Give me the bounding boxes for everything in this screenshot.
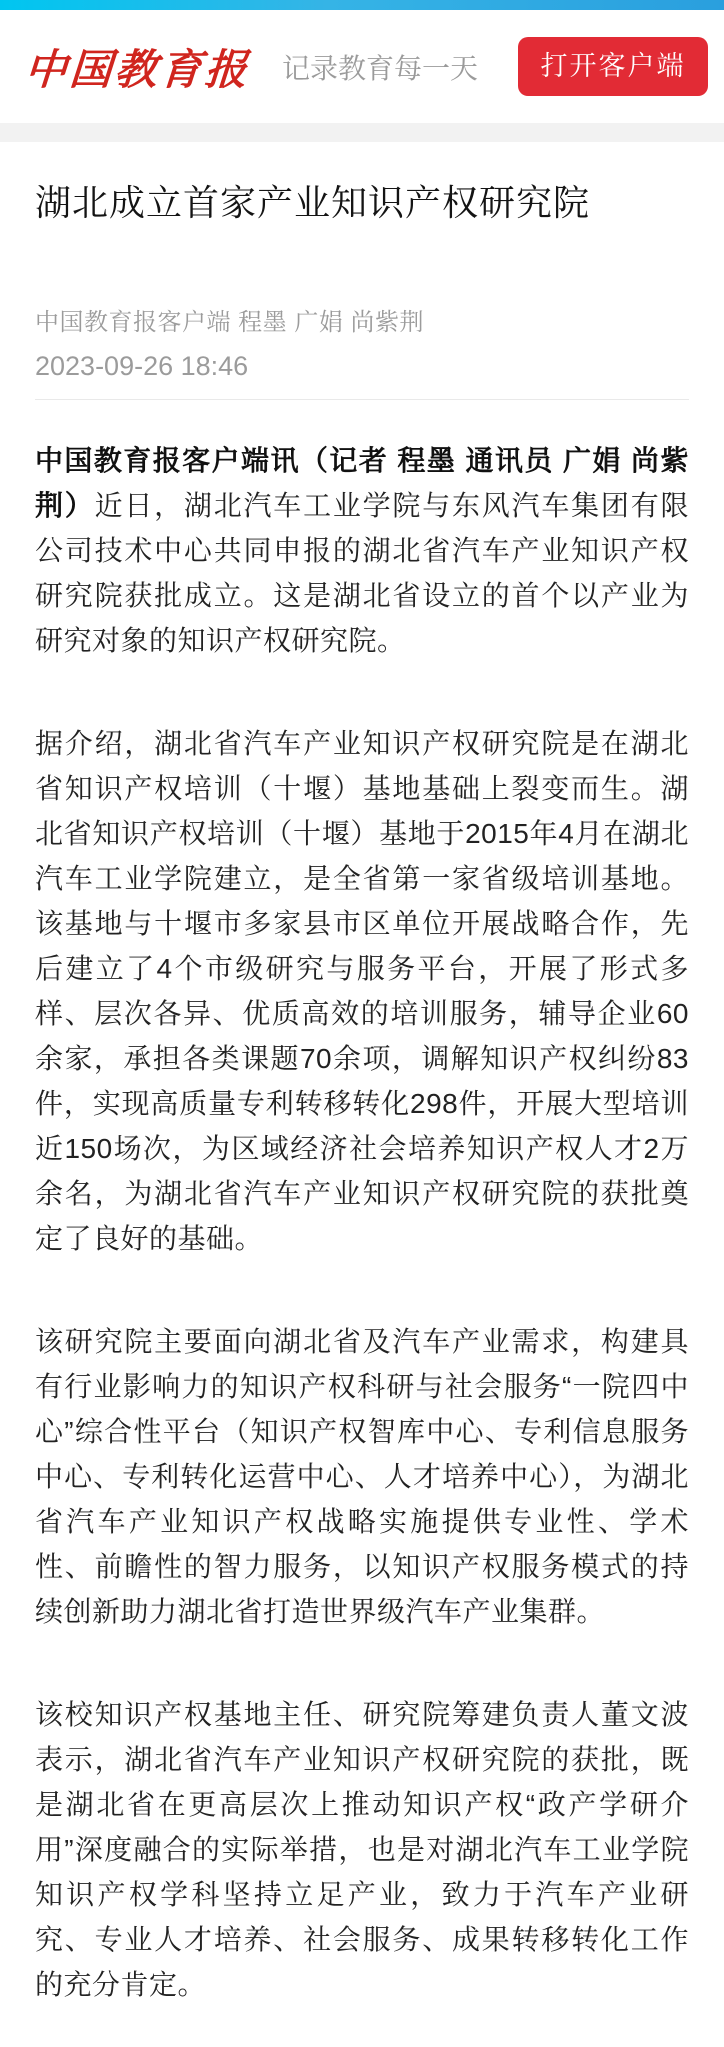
article: 湖北成立首家产业知识产权研究院 中国教育报客户端 程墨 广娟 尚紫荆 2023-… xyxy=(0,178,724,2047)
top-gradient-bar xyxy=(0,0,724,10)
header-tagline: 记录教育每一天 xyxy=(282,47,478,87)
article-title: 湖北成立首家产业知识产权研究院 xyxy=(35,178,689,228)
article-paragraph: 中国教育报客户端讯（记者 程墨 通讯员 广娟 尚紫荆）近日，湖北汽车工业学院与东… xyxy=(35,438,689,663)
paragraph-text: 据介绍，湖北省汽车产业知识产权研究院是在湖北省知识产权培训（十堰）基地基础上裂变… xyxy=(35,728,689,1254)
site-header: 中国教育报 记录教育每一天 打开客户端 xyxy=(0,10,724,123)
article-byline: 中国教育报客户端 程墨 广娟 尚紫荆 xyxy=(35,302,689,337)
article-paragraph: 该校知识产权基地主任、研究院筹建负责人董文波表示，湖北省汽车产业知识产权研究院的… xyxy=(35,1692,689,2007)
article-date: 2023-09-26 18:46 xyxy=(35,351,689,382)
article-paragraph: 该研究院主要面向湖北省及汽车产业需求，构建具有行业影响力的知识产权科研与社会服务… xyxy=(35,1319,689,1634)
article-body: 中国教育报客户端讯（记者 程墨 通讯员 广娟 尚紫荆）近日，湖北汽车工业学院与东… xyxy=(35,438,689,2007)
paragraph-text: 该研究院主要面向湖北省及汽车产业需求，构建具有行业影响力的知识产权科研与社会服务… xyxy=(35,1326,689,1627)
byline-divider xyxy=(35,399,689,400)
open-app-button[interactable]: 打开客户端 xyxy=(518,37,708,96)
paragraph-text: 近日，湖北汽车工业学院与东风汽车集团有限公司技术中心共同申报的湖北省汽车产业知识… xyxy=(35,490,689,656)
article-paragraph: 据介绍，湖北省汽车产业知识产权研究院是在湖北省知识产权培训（十堰）基地基础上裂变… xyxy=(35,721,689,1261)
masthead-logo[interactable]: 中国教育报 xyxy=(23,37,252,97)
paragraph-text: 该校知识产权基地主任、研究院筹建负责人董文波表示，湖北省汽车产业知识产权研究院的… xyxy=(35,1699,689,2000)
header-divider-band xyxy=(0,123,724,142)
